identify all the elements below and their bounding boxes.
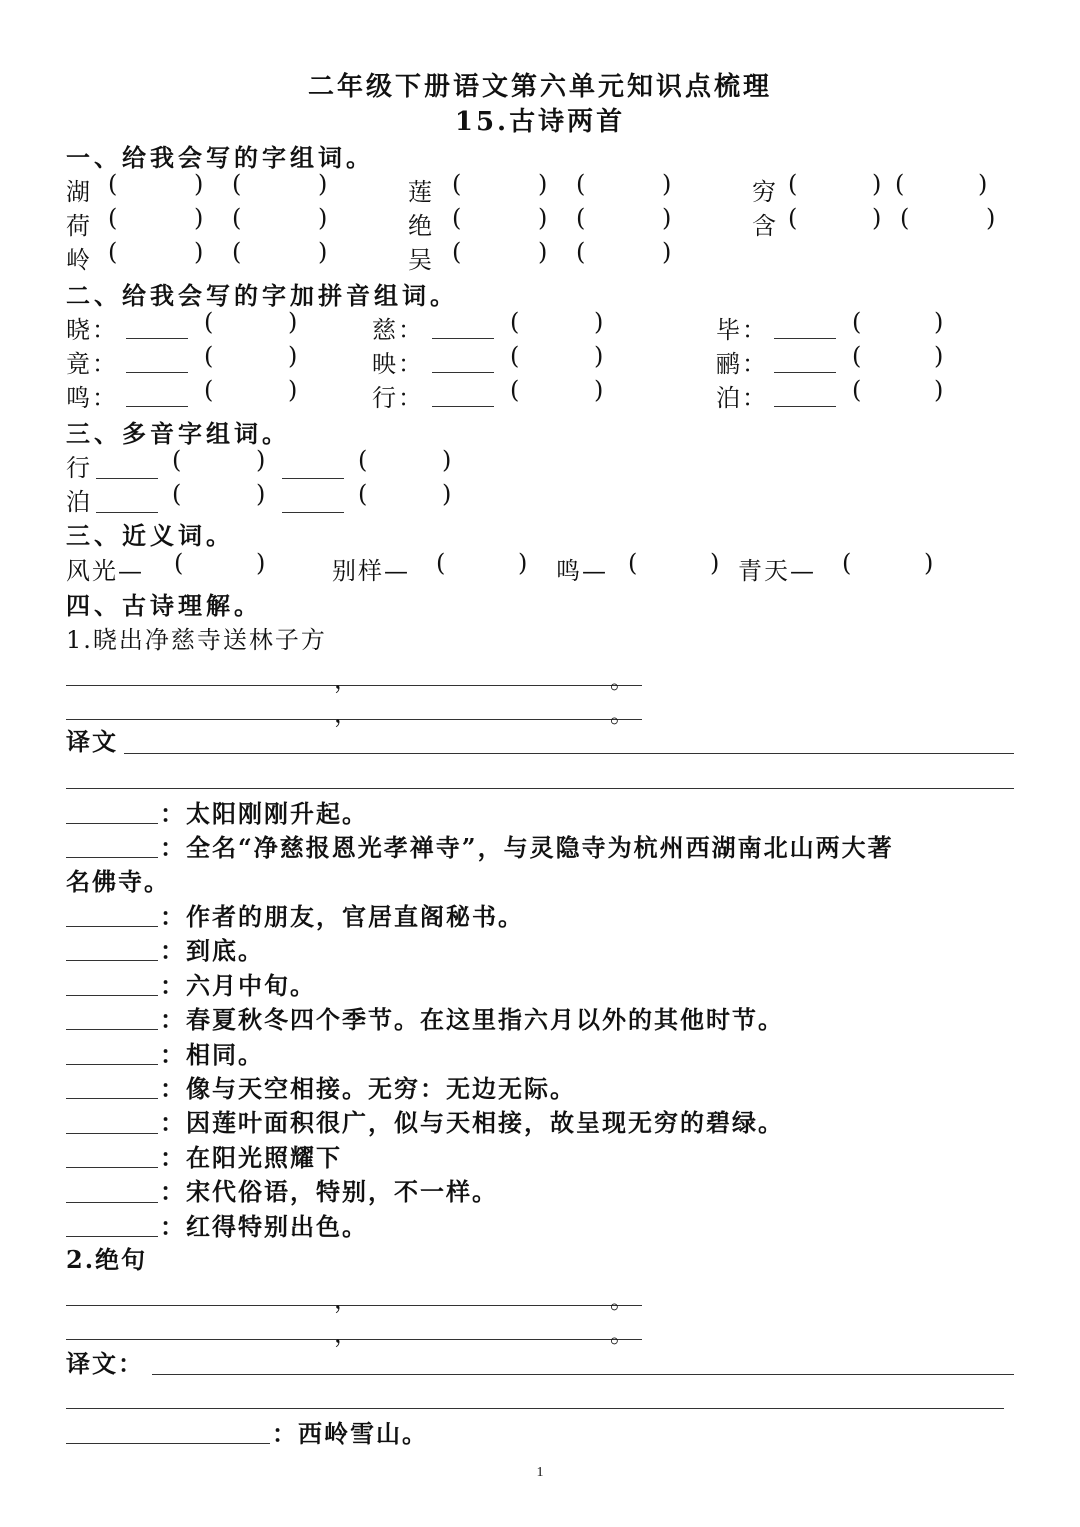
translation-blank[interactable] — [66, 1408, 1004, 1409]
section2-heading: 二、给我会写的字加拼音组词。 — [66, 276, 458, 311]
poem1-title: 1.晓出净慈寺送林子方 — [66, 620, 327, 655]
pinyin-item-ci: 慈： — [372, 310, 424, 345]
note-term-blank[interactable] — [66, 823, 158, 824]
note-term-blank[interactable] — [66, 1167, 158, 1168]
note-text: ：西岭雪山。 — [272, 1414, 428, 1449]
note-text: ：到底。 — [160, 931, 264, 966]
pinyin-blank[interactable] — [126, 372, 188, 373]
section3-heading: 三、多音字组词。 — [66, 414, 290, 449]
pinyin-blank[interactable] — [282, 478, 344, 479]
section5-heading: 四、古诗理解。 — [66, 586, 262, 621]
pinyin-blank[interactable] — [432, 372, 494, 373]
pinyin-blank[interactable] — [126, 338, 188, 339]
translation-label-2: 译文： — [66, 1344, 144, 1379]
pinyin-blank[interactable] — [282, 512, 344, 513]
note-term-blank[interactable] — [66, 1133, 158, 1134]
pinyin-item-xing: 行： — [372, 378, 424, 413]
translation-blank[interactable] — [152, 1374, 1014, 1375]
note-text-cont: 名佛寺。 — [66, 862, 170, 897]
synonym-bieyang: 别样— — [332, 551, 410, 586]
note-text: ：相同。 — [160, 1035, 264, 1070]
poem2-title: 2.绝句 — [66, 1240, 147, 1275]
pinyin-blank[interactable] — [432, 406, 494, 407]
char-wu: 吴 — [408, 240, 434, 275]
pinyin-blank[interactable] — [96, 512, 158, 513]
note-text: ：六月中旬。 — [160, 966, 316, 1001]
note-text: ：太阳刚刚升起。 — [160, 794, 368, 829]
char-hu: 湖 — [66, 172, 92, 207]
char-han: 含 — [752, 206, 778, 241]
note-term-blank[interactable] — [66, 1202, 158, 1203]
document-title: 二年级下册语文第六单元知识点梳理 — [0, 66, 1080, 103]
note-text: ：因莲叶面积很广，似与天相接，故呈现无穷的碧绿。 — [160, 1103, 784, 1138]
char-lian: 莲 — [408, 172, 434, 207]
lesson-title: 15.古诗两首 — [0, 101, 1080, 138]
synonym-fengguang: 风光— — [66, 551, 144, 586]
note-text: ：作者的朋友，官居直阁秘书。 — [160, 897, 524, 932]
pinyin-item-bo: 泊： — [716, 378, 768, 413]
translation-blank[interactable] — [124, 753, 1014, 754]
pinyin-blank[interactable] — [774, 406, 836, 407]
pinyin-item-li: 鹂： — [716, 344, 768, 379]
pinyin-item-ying: 映： — [372, 344, 424, 379]
note-term-blank[interactable] — [66, 1236, 158, 1237]
pinyin-blank[interactable] — [774, 338, 836, 339]
pinyin-item-ming: 鸣： — [66, 378, 118, 413]
note-text: ：像与天空相接。无穷：无边无际。 — [160, 1069, 576, 1104]
char-ling: 岭 — [66, 240, 92, 275]
note-term-blank[interactable] — [66, 1098, 158, 1099]
note-term-blank[interactable] — [66, 857, 158, 858]
pinyin-blank[interactable] — [126, 406, 188, 407]
pinyin-blank[interactable] — [432, 338, 494, 339]
note-term-blank[interactable] — [66, 1064, 158, 1065]
note-term-blank[interactable] — [66, 960, 158, 961]
synonym-ming: 鸣— — [556, 551, 608, 586]
note-text: ：在阳光照耀下 — [160, 1138, 342, 1173]
note-text: ：红得特别出色。 — [160, 1207, 368, 1242]
char-he: 荷 — [66, 206, 92, 241]
poly-char-xing: 行 — [66, 448, 92, 483]
note-term-blank[interactable] — [66, 1029, 158, 1030]
char-qiong: 穷 — [752, 172, 778, 207]
pinyin-item-bi: 毕： — [716, 310, 768, 345]
poly-char-bo: 泊 — [66, 482, 92, 517]
note-term-blank[interactable] — [66, 995, 158, 996]
pinyin-item-jing: 竟： — [66, 344, 118, 379]
note-text: ：春夏秋冬四个季节。在这里指六月以外的其他时节。 — [160, 1000, 784, 1035]
translation-blank[interactable] — [66, 788, 1014, 789]
section4-heading: 三、近义词。 — [66, 516, 234, 551]
note-text: ：全名“净慈报恩光孝禅寺”，与灵隐寺为杭州西湖南北山两大著 — [160, 828, 894, 863]
pinyin-blank[interactable] — [774, 372, 836, 373]
page-number: 1 — [0, 1465, 1080, 1481]
note-term-blank[interactable] — [66, 926, 158, 927]
translation-label: 译文 — [66, 722, 118, 757]
section1-heading: 一、给我会写的字组词。 — [66, 138, 374, 173]
char-jue: 绝 — [408, 206, 434, 241]
pinyin-blank[interactable] — [96, 478, 158, 479]
note-text: ：宋代俗语，特别，不一样。 — [160, 1172, 498, 1207]
synonym-qingtian: 青天— — [738, 551, 816, 586]
pinyin-item-xiao: 晓： — [66, 310, 118, 345]
note-term-blank[interactable] — [66, 1443, 270, 1444]
